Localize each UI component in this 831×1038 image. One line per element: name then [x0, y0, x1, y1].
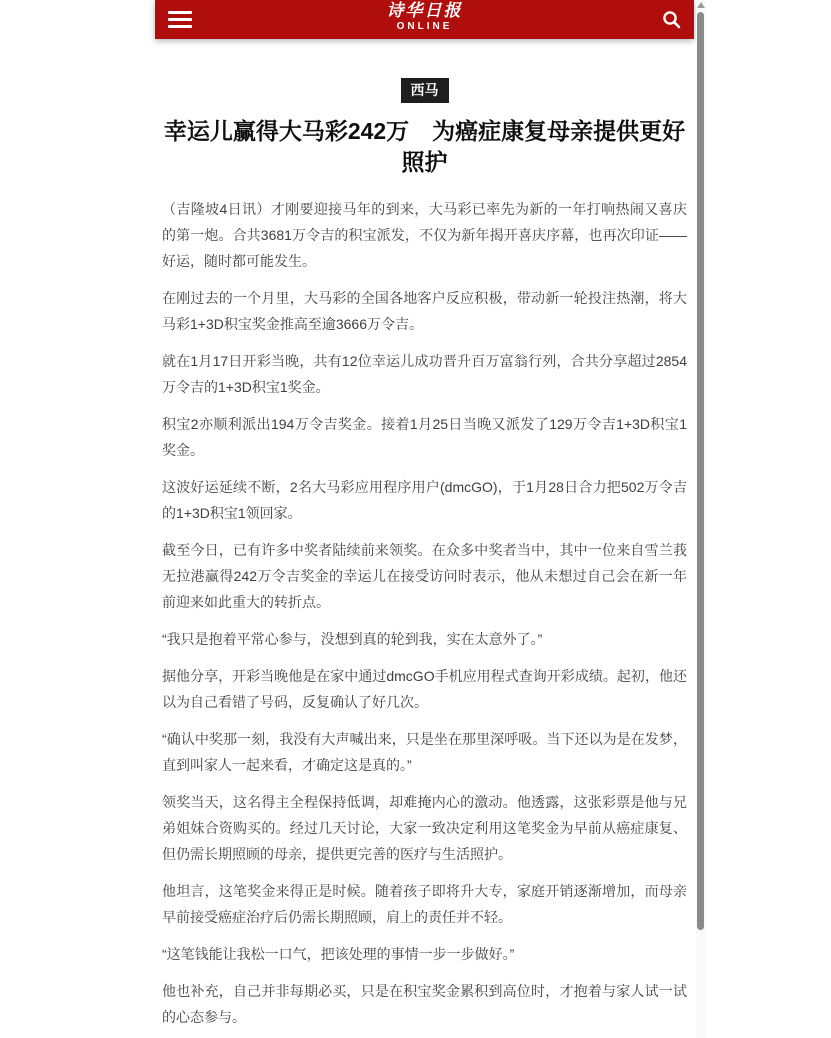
article-paragraph: 就在1月17日开彩当晚，共有12位幸运儿成功晋升百万富翁行列，合共分享超过285… [162, 348, 687, 400]
search-icon [662, 10, 681, 29]
article-paragraph: 这波好运延续不断，2名大马彩应用程序用户(dmcGO)，于1月28日合力把502… [162, 474, 687, 526]
content-column: 诗华日报 ONLINE 西马 幸运儿赢得大马彩242万 为癌症康复母亲提供更好照… [155, 0, 694, 1038]
article-paragraph: “我只是抱着平常心参与，没想到真的轮到我，实在太意外了。” [162, 626, 687, 652]
article-paragraph: “确认中奖那一刻，我没有大声喊出来，只是坐在那里深呼吸。当下还以为是在发梦，直到… [162, 726, 687, 778]
category-tag[interactable]: 西马 [401, 78, 449, 103]
logo-subtitle: ONLINE [387, 21, 463, 33]
article: 西马 幸运儿赢得大马彩242万 为癌症康复母亲提供更好照护 （吉隆坡4日讯）才刚… [155, 78, 694, 1030]
menu-button[interactable] [168, 7, 192, 32]
article-paragraph: 领奖当天，这名得主全程保持低调，却难掩内心的激动。他透露，这张彩票是他与兄弟姐妹… [162, 789, 687, 867]
article-paragraph: 他坦言，这笔奖金来得正是时候。随着孩子即将升大专，家庭开销逐渐增加，而母亲早前接… [162, 878, 687, 930]
article-body: （吉隆坡4日讯）才刚要迎接马年的到来，大马彩已率先为新的一年打响热闹又喜庆的第一… [155, 196, 694, 1030]
scrollbar[interactable] [696, 0, 705, 1038]
app-header: 诗华日报 ONLINE [155, 0, 694, 39]
article-paragraph: 截至今日，已有许多中奖者陆续前来领奖。在众多中奖者当中，其中一位来自雪兰莪无拉港… [162, 537, 687, 615]
article-paragraph: “这笔钱能让我松一口气，把该处理的事情一步一步做好。” [162, 941, 687, 967]
tag-row: 西马 [155, 78, 694, 103]
scrollbar-thumb[interactable] [697, 12, 704, 930]
logo-title: 诗华日报 [387, 1, 463, 21]
article-title: 幸运儿赢得大马彩242万 为癌症康复母亲提供更好照护 [157, 116, 692, 178]
hamburger-icon [168, 7, 192, 32]
site-logo[interactable]: 诗华日报 ONLINE [387, 1, 463, 33]
search-button[interactable] [662, 10, 681, 29]
article-paragraph: 据他分享，开彩当晚他是在家中通过dmcGO手机应用程式查询开彩成绩。起初，他还以… [162, 663, 687, 715]
article-paragraph: 他也补充，自己并非每期必买，只是在积宝奖金累积到高位时，才抱着与家人试一试的心态… [162, 978, 687, 1030]
article-paragraph: 在刚过去的一个月里，大马彩的全国各地客户反应积极，带动新一轮投注热潮，将大马彩1… [162, 285, 687, 337]
scroll-up-arrow-icon[interactable] [697, 2, 705, 8]
article-paragraph: 积宝2亦顺利派出194万令吉奖金。接着1月25日当晚又派发了129万令吉1+3D… [162, 411, 687, 463]
article-paragraph: （吉隆坡4日讯）才刚要迎接马年的到来，大马彩已率先为新的一年打响热闹又喜庆的第一… [162, 196, 687, 274]
